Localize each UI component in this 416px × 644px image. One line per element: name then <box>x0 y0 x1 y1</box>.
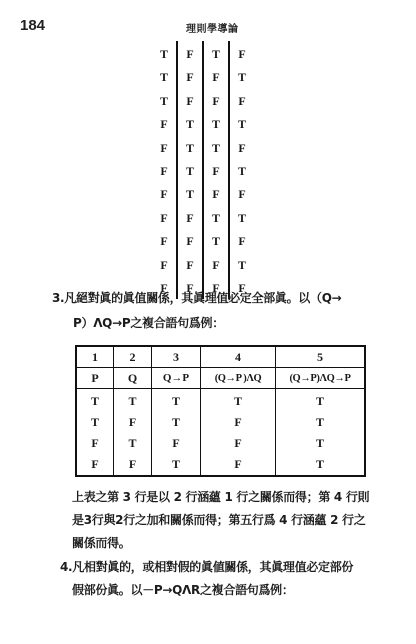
section3-line2: P）ΛQ→P之複合語句爲例： <box>73 313 224 334</box>
truth-table-row: FTFF <box>152 184 252 204</box>
truth-table-row: FTFT <box>152 161 252 181</box>
truth-table-row: TFTF <box>152 44 252 64</box>
truth-value: T <box>232 208 252 228</box>
cell: F <box>201 433 276 454</box>
cell: F <box>201 454 276 476</box>
truth-value: T <box>232 114 252 134</box>
explanation-line2: 是3行與2行之加和關係而得；第五行爲 4 行涵蘊 2 行之 <box>72 510 365 531</box>
page-number: 184 <box>20 17 45 34</box>
cell: F <box>114 412 152 433</box>
truth-value: T <box>180 161 200 181</box>
cell: T <box>152 454 201 476</box>
truth-value: F <box>180 255 200 275</box>
cell: T <box>76 412 114 433</box>
cell: T <box>152 389 201 413</box>
cell: T <box>114 389 152 413</box>
truth-value: F <box>154 114 174 134</box>
truth-value: T <box>206 44 226 64</box>
truth-value: F <box>180 67 200 87</box>
truth-value: F <box>206 161 226 181</box>
truth-value: F <box>180 44 200 64</box>
truth-value: F <box>232 231 252 251</box>
truth-value: F <box>154 255 174 275</box>
section4-line1: 4.凡相對眞的，或相對假的眞値關係，其眞理值必定部份 <box>60 557 353 578</box>
truth-value: F <box>206 184 226 204</box>
cell: T <box>114 433 152 454</box>
column-number: 4 <box>201 346 276 368</box>
column-header: Q→P <box>152 368 201 389</box>
cell: F <box>76 433 114 454</box>
column-number: 5 <box>276 346 366 368</box>
truth-table-row: TFFT <box>152 67 252 87</box>
table-row: T F T F T <box>76 412 365 433</box>
truth-value: T <box>206 114 226 134</box>
column-number-row: 1 2 3 4 5 <box>76 346 365 368</box>
cell: T <box>276 412 366 433</box>
truth-value: F <box>154 231 174 251</box>
truth-value: T <box>154 44 174 64</box>
truth-value: T <box>232 161 252 181</box>
table-row: T T T T T <box>76 389 365 413</box>
truth-table-row: FTTT <box>152 114 252 134</box>
cell: T <box>201 389 276 413</box>
truth-value: T <box>206 208 226 228</box>
truth-value: T <box>180 114 200 134</box>
truth-value: F <box>232 91 252 111</box>
truth-value: F <box>232 138 252 158</box>
truth-value: F <box>154 138 174 158</box>
top-truth-table: TFTFTFFTTFFFFTTTFTTFFTFTFTFFFFTTFFTFFFFT… <box>152 41 252 299</box>
explanation-line1: 上表之第 3 行是以 2 行涵蘊 1 行之關係而得；第 4 行則 <box>72 487 369 508</box>
column-number: 2 <box>114 346 152 368</box>
truth-value: F <box>206 67 226 87</box>
truth-value: F <box>232 184 252 204</box>
main-truth-table: 1 2 3 4 5 P Q Q→P (Q→P )ΛQ (Q→P)ΛQ→P T T… <box>75 345 366 477</box>
truth-table-row: FFTF <box>152 231 252 251</box>
cell: T <box>76 389 114 413</box>
truth-value: F <box>180 231 200 251</box>
truth-table-row: FFTT <box>152 208 252 228</box>
truth-value: F <box>206 255 226 275</box>
column-header: Q <box>114 368 152 389</box>
truth-value: T <box>180 138 200 158</box>
cell: F <box>76 454 114 476</box>
running-title: 理則學導論 <box>186 20 239 35</box>
column-header: (Q→P )ΛQ <box>201 368 276 389</box>
section4-line2: 假部份眞。以－P→QΛR之複合語句爲例： <box>72 580 294 601</box>
cell: F <box>201 412 276 433</box>
truth-value: T <box>232 255 252 275</box>
column-number: 1 <box>76 346 114 368</box>
truth-value: T <box>154 67 174 87</box>
column-header: (Q→P)ΛQ→P <box>276 368 366 389</box>
truth-value: T <box>180 184 200 204</box>
truth-value: F <box>154 184 174 204</box>
cell: T <box>276 433 366 454</box>
column-header-row: P Q Q→P (Q→P )ΛQ (Q→P)ΛQ→P <box>76 368 365 389</box>
table-row: F F T F T <box>76 454 365 476</box>
truth-table-row: FTTF <box>152 138 252 158</box>
truth-table-row: TFFF <box>152 91 252 111</box>
truth-table-row: FFFT <box>152 255 252 275</box>
truth-value: F <box>154 208 174 228</box>
truth-value: T <box>206 138 226 158</box>
truth-value: T <box>206 231 226 251</box>
column-number: 3 <box>152 346 201 368</box>
cell: T <box>152 412 201 433</box>
truth-value: T <box>154 91 174 111</box>
explanation-line3: 關係而得。 <box>72 533 131 554</box>
truth-value: F <box>154 161 174 181</box>
truth-value: F <box>180 91 200 111</box>
cell: F <box>114 454 152 476</box>
column-header: P <box>76 368 114 389</box>
truth-value: F <box>180 208 200 228</box>
cell: F <box>152 433 201 454</box>
cell: T <box>276 454 366 476</box>
section3-line1: 3.凡絕對眞的眞值關係，其眞理值必定全部眞。以（Q→ <box>52 288 341 309</box>
truth-value: F <box>206 91 226 111</box>
truth-value: F <box>232 44 252 64</box>
table-row: F T F F T <box>76 433 365 454</box>
cell: T <box>276 389 366 413</box>
truth-value: T <box>232 67 252 87</box>
